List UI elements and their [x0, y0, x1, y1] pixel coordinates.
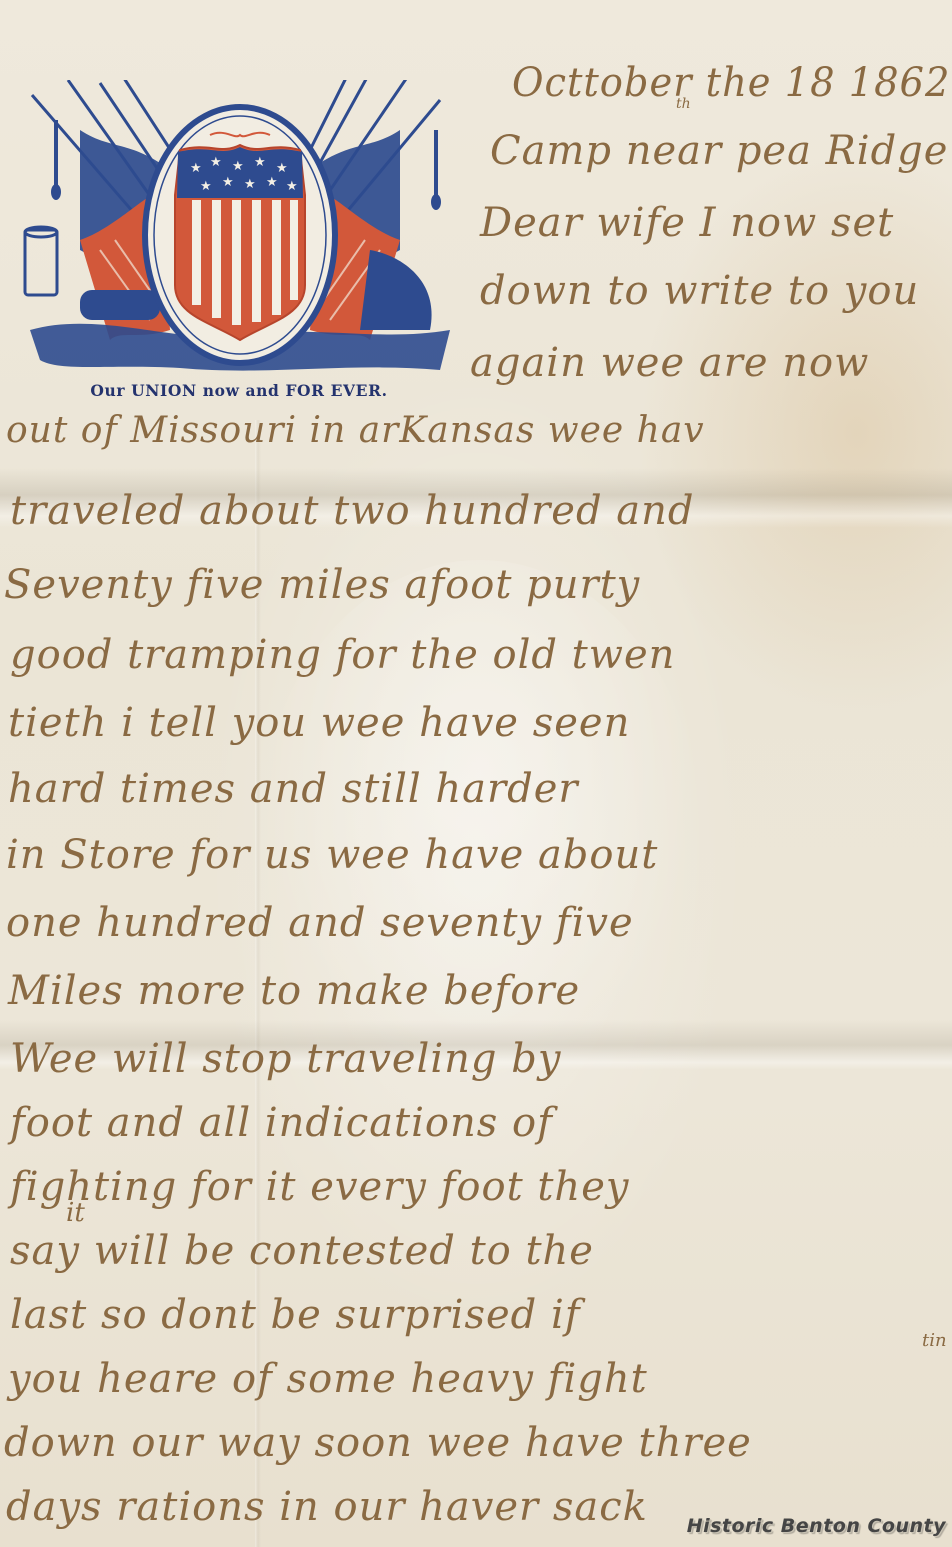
letter-date: Octtober the 18 1862	[512, 60, 950, 106]
letter-line-6: Seventy five miles afoot purty	[4, 562, 640, 608]
date-superscript: th	[676, 96, 691, 112]
letter-line-13: Wee will stop traveling by	[10, 1036, 561, 1082]
letter-line-16: say will be contested to the	[10, 1228, 594, 1274]
svg-text:★: ★	[244, 177, 256, 192]
watermark-historic-benton-county: Historic Benton County	[687, 1515, 946, 1537]
letter-line-5: traveled about two hundred and	[10, 488, 695, 534]
letter-line-18: you heare of some heavy fight	[8, 1356, 648, 1402]
letter-line-20: days rations in our haver sack	[6, 1484, 648, 1530]
letter-line-15: fighting for it every foot they	[10, 1164, 629, 1210]
letter-place: Camp near pea Ridge	[490, 128, 948, 174]
letter-line-17: last so dont be surprised if	[10, 1292, 581, 1338]
letter-line-4: out of Missouri in arKansas wee hav	[6, 410, 705, 451]
letter-line-7: good tramping for the old twen	[10, 632, 675, 678]
letter-line-3: again wee are now	[470, 340, 869, 386]
letter-line-19: down our way soon wee have three	[4, 1420, 752, 1466]
shield-and-flags-icon: ★★★ ★★ ★★★ ★★	[20, 80, 460, 380]
letter-line-12: Miles more to make before	[8, 968, 580, 1014]
svg-text:★: ★	[210, 155, 222, 170]
svg-text:★: ★	[200, 179, 212, 194]
svg-text:★: ★	[286, 179, 298, 194]
svg-text:★: ★	[254, 155, 266, 170]
letter-line-9: hard times and still harder	[8, 766, 579, 812]
letter-line-8: tieth i tell you wee have seen	[8, 700, 630, 746]
patriotic-letterhead: ★★★ ★★ ★★★ ★★	[20, 80, 460, 410]
letter-line-14: foot and all indications of	[10, 1100, 553, 1146]
insert-it: it	[66, 1198, 85, 1228]
svg-text:★: ★	[232, 159, 244, 174]
letterhead-motto: Our UNION now and FOR EVER.	[24, 381, 454, 400]
letter-line-1: Dear wife I now set	[480, 200, 894, 246]
svg-text:★: ★	[276, 161, 288, 176]
svg-text:★: ★	[266, 175, 278, 190]
letter-line-2: down to write to you	[480, 268, 919, 314]
letter-line-10: in Store for us wee have about	[6, 832, 658, 878]
svg-text:★: ★	[190, 161, 202, 176]
insert-tin: tin	[922, 1330, 947, 1351]
letter-line-11: one hundred and seventy five	[6, 900, 634, 946]
svg-text:★: ★	[222, 175, 234, 190]
